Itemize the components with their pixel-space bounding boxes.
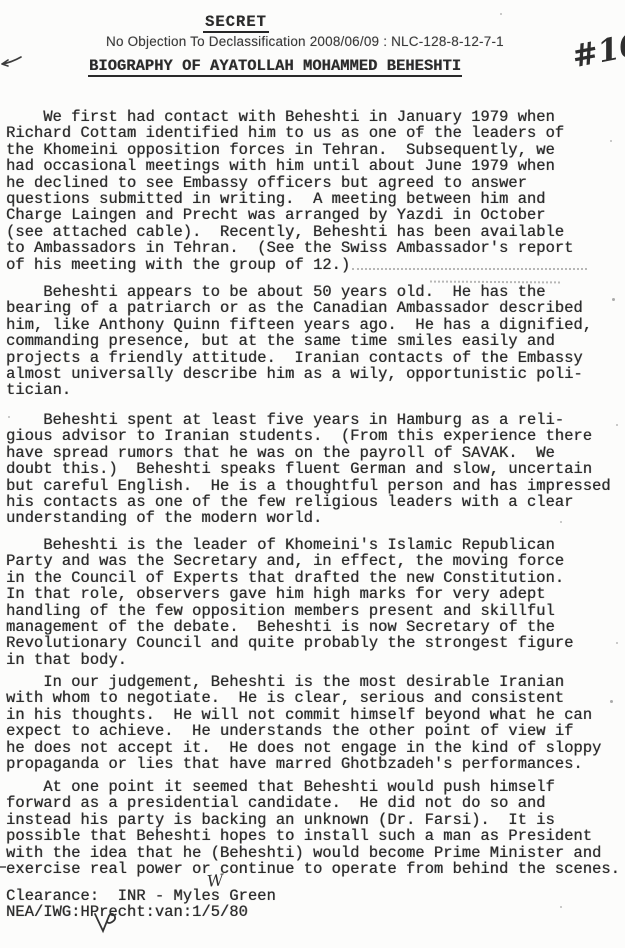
scan-speck <box>420 131 423 134</box>
scan-speck <box>612 298 615 301</box>
scan-speck <box>616 642 618 644</box>
scan-speck <box>610 140 612 142</box>
scan-speck <box>616 424 618 426</box>
scan-speck <box>300 759 302 761</box>
handwritten-page-number: #10 <box>569 27 625 76</box>
paragraph-presidency: At one point it seemed that Beheshti wou… <box>6 779 620 877</box>
handwritten-squiggle-icon <box>92 912 124 936</box>
clearance-line: Clearance: INR - Myles Green <box>6 888 276 904</box>
handwritten-insert-mark: W <box>206 870 224 891</box>
scan-speck <box>560 906 562 908</box>
handwritten-arrow-icon <box>0 54 22 70</box>
declassification-stamp: No Objection To Declassification 2008/06… <box>106 34 504 49</box>
paragraph-party-role: Beheshti is the leader of Khomeini's Isl… <box>6 537 573 668</box>
classification-header: SECRET <box>203 14 269 33</box>
document-page: SECRET No Objection To Declassification … <box>0 0 625 948</box>
scan-speck <box>560 521 562 523</box>
scan-speck <box>8 416 10 418</box>
paragraph-appearance: Beheshti appears to be about 50 years ol… <box>6 284 592 399</box>
scan-artifact-dots <box>352 268 587 270</box>
scan-artifact-dash <box>0 866 6 868</box>
scan-speck <box>610 700 613 703</box>
scan-speck <box>225 19 227 21</box>
paragraph-judgement: In our judgement, Beheshti is the most d… <box>6 674 601 772</box>
scan-speck <box>500 13 502 15</box>
paragraph-background: Beheshti spent at least five years in Ha… <box>6 412 611 527</box>
document-title: BIOGRAPHY OF AYATOLLAH MOHAMMED BEHESHTI <box>88 58 462 77</box>
paragraph-contact-history: We first had contact with Beheshti in Ja… <box>6 109 573 273</box>
scan-speck <box>90 356 92 358</box>
drafting-line: NEA/IWG:HPrecht:van:1/5/80 <box>6 904 248 920</box>
